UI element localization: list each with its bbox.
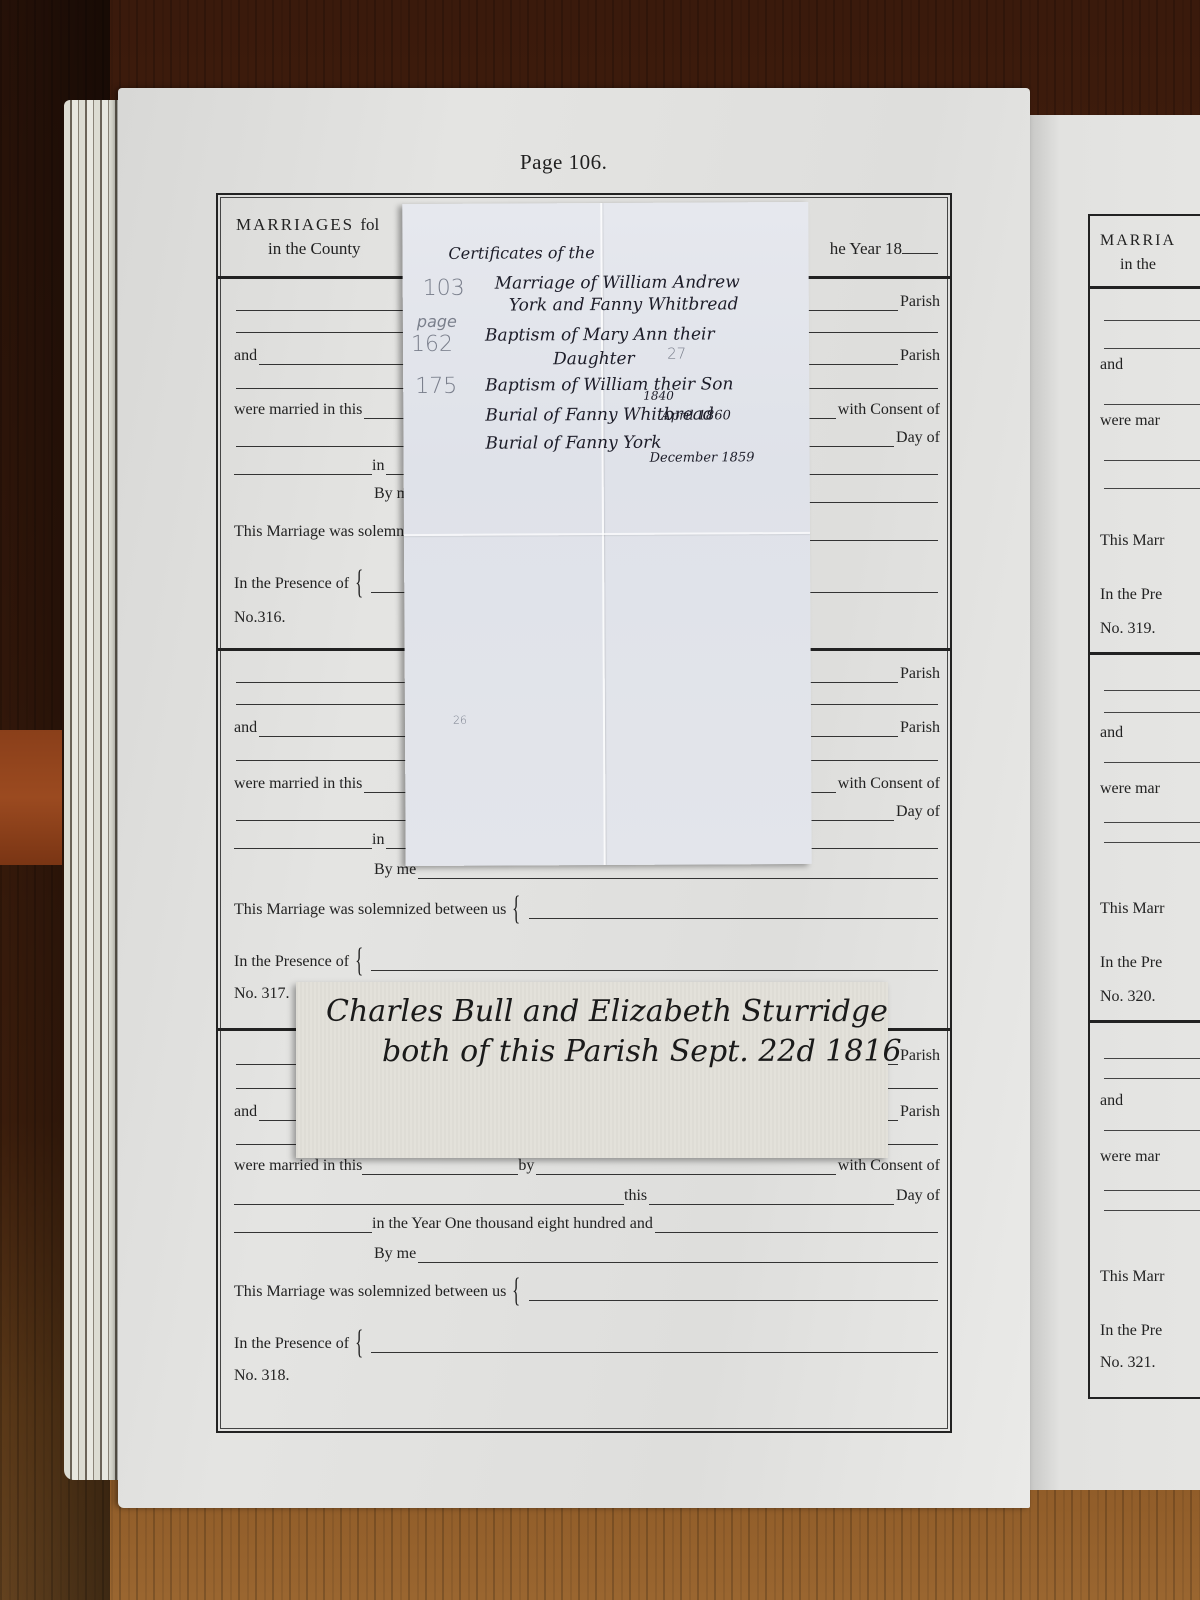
- note-line: Marriage of William Andrew: [495, 272, 740, 293]
- leather-strap: [0, 730, 62, 865]
- entry-number: No. 320.: [1100, 988, 1156, 1006]
- slip-line: Charles Bull and Elizabeth Sturridge: [326, 994, 888, 1029]
- note-line: Daughter: [553, 349, 635, 369]
- note-line: Baptism of William their Son: [485, 374, 733, 395]
- entry-number: No. 318.: [234, 1367, 290, 1385]
- page-number: Page 106.: [520, 150, 607, 175]
- register-title: MARRIAGES fol: [236, 215, 379, 235]
- entry-number: No.316.: [234, 609, 286, 627]
- register-county: in the County: [268, 239, 361, 259]
- note-line: York and Fanny Whitbread: [509, 294, 739, 315]
- note-line: Certificates of the: [448, 243, 594, 263]
- marriage-slip-insert: Charles Bull and Elizabeth Sturridge bot…: [296, 982, 888, 1158]
- note-line: Burial of Fanny York: [485, 433, 661, 454]
- entry-number: No. 319.: [1100, 620, 1156, 638]
- slip-line: both of this Parish Sept. 22d 1816: [382, 1034, 902, 1069]
- note-line: Baptism of Mary Ann their: [485, 324, 715, 345]
- entry-number: No. 317.: [234, 985, 290, 1003]
- right-register-form: MARRIA in the and were mar This Marr In …: [1088, 214, 1200, 1399]
- register-year: he Year 18: [830, 239, 938, 259]
- certificate-note-insert: Certificates of the Marriage of William …: [402, 202, 811, 866]
- entry-number: No. 321.: [1100, 1354, 1156, 1372]
